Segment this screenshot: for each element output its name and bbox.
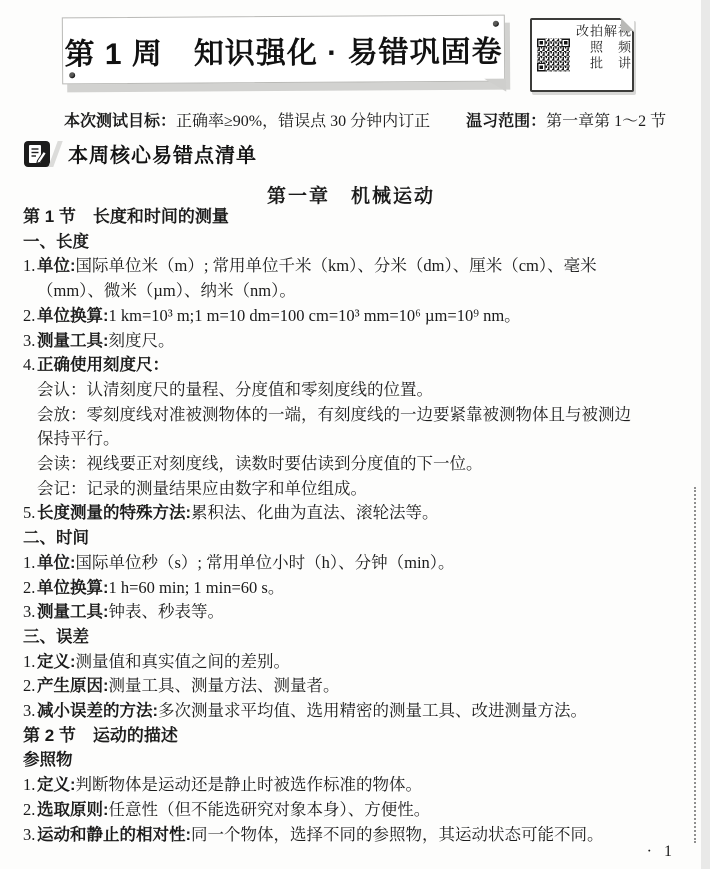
content-line: 1. 单位:国际单位秒（s）; 常用单位小时（h）、分钟（min）。 — [23, 551, 671, 576]
slash-decoration — [48, 141, 62, 167]
content-line: 2. 产生原因:测量工具、测量方法、测量者。 — [23, 674, 671, 699]
qr-sticker: 视频讲解 拍照批改 — [530, 18, 634, 92]
content-line: 2. 单位换算:1 km=10³ m;1 m=10 dm=100 cm=10³ … — [23, 304, 671, 329]
checklist-pencil-icon — [24, 141, 50, 167]
chapter-title: 第一章 机械运动 — [0, 181, 702, 208]
content-line: 二、时间 — [23, 526, 671, 551]
goal-text: 正确率≥90%，错误点 30 分钟内订正 — [176, 113, 430, 130]
content-line: 4. 正确使用刻度尺： — [23, 353, 671, 378]
content-line: 第 1 节 长度和时间的测量 — [23, 205, 671, 230]
content-line: 会读：视线要正对刻度线，读数时要估读到分度值的下一位。 — [23, 452, 671, 477]
content-line: 会记：记录的测量结果应由数字和单位组成。 — [23, 477, 671, 502]
content-line: 3. 测量工具:刻度尺。 — [23, 329, 671, 354]
content-line: 保持平行。 — [23, 427, 671, 452]
page-title: 第 1 周 知识强化 · 易错巩固卷 — [64, 26, 502, 73]
pushpin-dot-icon — [493, 21, 499, 27]
content-line: 3. 运动和静止的相对性:同一个物体，选择不同的参照物，其运动状态可能不同。 — [23, 823, 671, 848]
paper-fold-corner — [484, 79, 506, 92]
content-line: 1. 单位:国际单位米（m）; 常用单位千米（km）、分米（dm）、厘米（cm）… — [23, 254, 671, 279]
page-number: · 1 — [647, 843, 676, 861]
test-objectives-line: 本次测试目标：正确率≥90%，错误点 30 分钟内订正温习范围：第一章第 1～2… — [64, 108, 674, 131]
qr-code-icon — [536, 26, 571, 84]
content-line: 5. 长度测量的特殊方法:累积法、化曲为直法、滚轮法等。 — [23, 501, 671, 526]
content-line: 参照物 — [23, 748, 671, 773]
qr-caption-video: 视频讲解 — [602, 24, 630, 86]
content-line: 3. 减小误差的方法:多次测量求平均值、选用精密的测量工具、改进测量方法。 — [23, 699, 671, 724]
content-line: 2. 选取原则:任意性（但不能选研究对象本身）、方便性。 — [23, 798, 671, 823]
checklist-heading: 本周核心易错点清单 — [24, 139, 257, 168]
qr-caption: 视频讲解 拍照批改 — [574, 24, 630, 86]
page-edge-band — [701, 0, 710, 869]
content-line: （mm）、微米（µm）、纳米（nm）。 — [23, 279, 671, 304]
checklist-title: 本周核心易错点清单 — [68, 139, 257, 168]
goal-label: 本次测试目标： — [64, 113, 176, 130]
scope-text: 第一章第 1～2 节 — [546, 113, 666, 130]
content-line: 2. 单位换算:1 h=60 min; 1 min=60 s。 — [23, 576, 671, 601]
content-line: 1. 定义:判断物体是运动还是静止时被选作标准的物体。 — [23, 773, 671, 798]
scope-label: 温习范围： — [466, 113, 546, 130]
content-lines: 第 1 节 长度和时间的测量一、长度1. 单位:国际单位米（m）; 常用单位千米… — [23, 205, 671, 847]
paper-fold-corner — [620, 18, 634, 32]
title-banner: 第 1 周 知识强化 · 易错巩固卷 — [62, 15, 505, 85]
content-line: 3. 测量工具:钟表、秒表等。 — [23, 600, 671, 625]
content-line: 会放：零刻度线对准被测物体的一端，有刻度线的一边要紧靠被测物体且与被测边 — [23, 403, 671, 428]
pushpin-dot-icon — [69, 72, 75, 78]
binding-perforation-line — [694, 487, 696, 843]
qr-caption-photo: 拍照批改 — [574, 24, 602, 86]
content-line: 1. 定义:测量值和真实值之间的差别。 — [23, 650, 671, 675]
content-line: 第 2 节 运动的描述 — [23, 724, 671, 749]
content-line: 三、误差 — [23, 625, 671, 650]
content-line: 一、长度 — [23, 230, 671, 255]
content-line: 会认：认清刻度尺的量程、分度值和零刻度线的位置。 — [23, 378, 671, 403]
